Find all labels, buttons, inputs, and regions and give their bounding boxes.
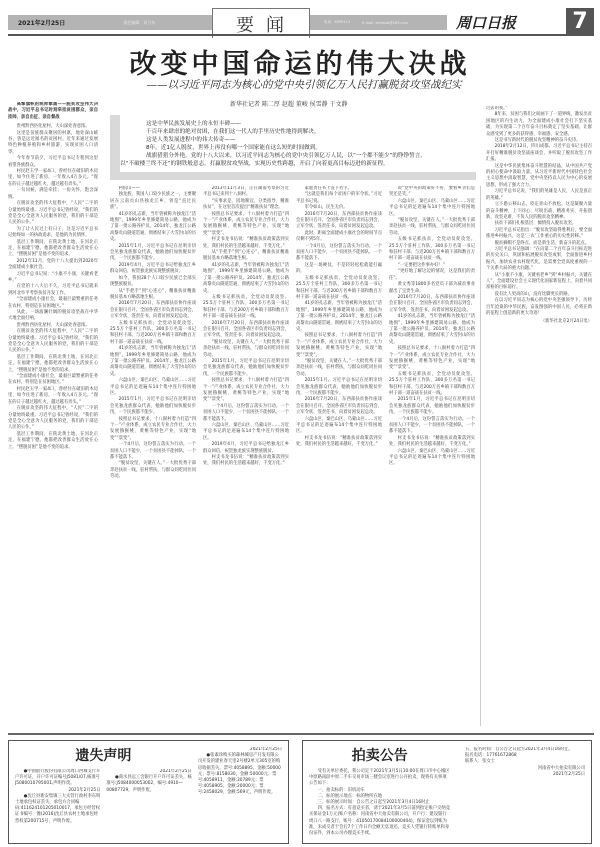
- paragraph: 2013年11月3日，正在湖南考察的习近平总书记来到十八洞村。: [203, 186, 289, 199]
- notice-title: 拍卖公告: [309, 747, 450, 765]
- paragraph: “脱贫攻坚，关键在人。”一大批优秀干部奔赴扶贫一线，驻村帮扶，与群众同吃同住同劳…: [389, 218, 475, 237]
- paragraph: “实事求是、因地制宜、分类指导、精准扶贫”，在这里首次提出“精准扶贫”理念。: [203, 199, 289, 212]
- paragraph: 在党的十八大后不久，习近平总书记就来到河北阜平考察扶贫开发工作。: [8, 284, 98, 297]
- auction-date: 2021年2月25日: [456, 772, 585, 778]
- notice-item: ●商水县远工会银行开户许可证丢失，核准号:J5084000053002，编号:4…: [106, 775, 191, 794]
- paragraph: 六盘山区、秦巴山区、乌蒙山区……习近平总书记的足迹遍布14个集中连片特困地区。: [389, 199, 475, 218]
- paragraph: 村民赵玉学一家4口，曾经住在破旧的木房里，如今住进了新房，一年收入4万多元。“现…: [8, 169, 98, 188]
- paragraph: 按照总书记要求，十八洞村着力打造“四个一”产业体系，成立农民专业合作社，大力发展…: [296, 333, 382, 359]
- paragraph: 2018年2月12日，四川成都。习近平总书记主持召开打好精准脱贫攻坚战座谈会，并…: [486, 144, 592, 163]
- paragraph: “脱贫攻坚，关键在人。”一大批优秀干部奔赴扶贫一线，驻村帮扶，与群众同吃同住同劳…: [296, 359, 382, 378]
- article-subheadline: ——以习近平同志为核心的党中央引领亿万人民打赢脱贫攻坚战纪实: [104, 77, 504, 92]
- middle-column-4: 说“党中央的政策好不好，要看乡亲们是哭还是笑。” 六盘山区、秦巴山区、乌蒙山区……: [389, 186, 475, 727]
- lost-statement-continued: [289, 740, 302, 844]
- paragraph: 一个4月后，这份誓言落实为行动。一个贫困人口不能少，一个贫困县不能掉队，一个都不…: [389, 417, 475, 436]
- notice-title: 遗失声明: [15, 747, 192, 765]
- paragraph: 村支书龙书伍说：“精准扶贫政策落到实处，我们村民的生活越来越好，千变万化。”: [203, 455, 289, 468]
- paragraph: 独龙族，我国人口较少民族之一，主要聚居在云南贡山县独龙江乡，曾是“直过民族”。: [110, 192, 196, 211]
- paragraph: 一个4月后，这份誓言落实为行动。一个贫困人口不能少，一个贫困县不能掉队，一个都不…: [296, 244, 382, 263]
- masthead: 2021年2月25日 责任编辑：刘卫东 要闻 电话：8399113 E-mail…: [0, 0, 600, 42]
- paragraph: “脱贫攻坚，关键在人。”一大批优秀干部奔赴扶贫一线，驻村帮扶，与群众同吃同住同劳…: [203, 340, 289, 359]
- paragraph: 此时，距离全面建成小康社会的时间节点仅剩不到5年。: [296, 231, 382, 244]
- masthead-left-bar: 2021年2月25日 责任编辑：刘卫东: [8, 15, 212, 30]
- contact-phone: 电话：8399113: [324, 20, 350, 25]
- paragraph: 这是中华民族集体奋斗智慧的结晶，从中国共产党的初心使命中汲取力量，从习近平新时代…: [486, 164, 592, 190]
- article-source: （新华社北京2月24日电）: [486, 319, 592, 325]
- lost-statement-notice: 遗失声明 ●中国银行股份有限公司周口西城支行开户许可证，开户许可证编号J5081…: [8, 740, 289, 844]
- paragraph: 从此，一场波澜壮阔的脱贫攻坚战在中华大地全面打响。: [8, 310, 98, 323]
- paragraph: 说“党中央的政策好不好，要看乡亲们是哭还是笑。”: [389, 186, 475, 199]
- article-byline: 新华社记者 陈二厚 赵超 董峻 侯雪静 于文静: [230, 99, 348, 108]
- paragraph: 如今，我国28个人口较少民族已全部实现整族脱贫。: [110, 276, 196, 289]
- left-column: 高擎旗帜的统帅擘画——脱贫攻坚伟大决战中，习近平总书记时刻牵挂贫困群众，亲自挂帅…: [8, 102, 98, 727]
- paragraph: “这就是我们每个贫困户的军令状。”习近平总书记说。: [296, 192, 382, 205]
- paragraph: 从“手把手”到“心连心”，精准扶贫精准脱贫基本方略落地生根。: [203, 250, 289, 263]
- paragraph: 一个4月后，这份誓言落实为行动。一个贫困人口不能少，一个贫困县不能掉队，一个都不…: [110, 442, 196, 461]
- notice-item: ●沈丘县新安集镇三大夫营行政村李东明土地承包权证丢失，承包方合同编码:41162…: [15, 794, 100, 825]
- newspaper-logo: 周口日报: [456, 12, 516, 33]
- contact-email: E-mail: zkrbxxb@163.com: [362, 21, 408, 25]
- paragraph: 41岁的孔志新，当年曾被称为独龙江“活地图”，1999年乡里修建简易公路，他成为…: [110, 212, 196, 244]
- paragraph: 村民赵玉学一家4口，曾经住在破旧的木房里，如今住进了新房，一年收入4万多元。“现…: [8, 387, 98, 406]
- paragraph: 六盘山区、秦巴山区、乌蒙山区……习近平总书记的足迹遍布14个集中连片特困地区。: [203, 423, 289, 442]
- paragraph: 8年来，贫困与我们之间画下了一道界线，激发出贫困地区的内生动力，为全面建成小康社…: [486, 112, 592, 138]
- paragraph: 2019年4月，习近平总书记给独龙江乡群众回信，祝贺独龙族实现整族脱贫。: [110, 263, 196, 276]
- paragraph: 基层工作期间，在陕北黄土地，在河北正定，在福建宁德，他都把改善群众生活放在心上，…: [8, 355, 98, 374]
- issue-date: 2021年2月25日: [18, 18, 65, 27]
- auction-paragraph: 四、报名方式：有意竞买者，请于2021年3月5日前到指定账户交纳竞买保证金1万元…: [309, 806, 450, 837]
- paragraph: 五级书记抓扶贫，全党动员促攻坚。25.5万个驻村工作队、300多万名第一书记和驻…: [296, 276, 382, 302]
- paragraph: 今年春节前夕，习近平总书记专程到这里看望各族群众。: [8, 156, 98, 169]
- paragraph: 2016年7月20日，东西部扶贫协作座谈会在银川召开。全国各省区市负责同志到会，…: [296, 212, 382, 231]
- paragraph: 六盘山区、秦巴山区、乌蒙山区……习近平总书记的足迹遍布14个集中连片特困地区。: [296, 417, 382, 436]
- auction-paragraph: 受有关单位委托，我公司定于2021年3月5日10:00在周口市中心城区中原路南段…: [309, 769, 450, 788]
- paragraph: 2015年1月，习近平总书记在昆明亲切会见独龙族群众代表，勉励他们加快脱贫步伐，…: [203, 359, 289, 378]
- paragraph: 在脱贫攻坚的伟大征程中，“人民”二字的分量始终最重。习近平总书记曾经说，“我们的…: [8, 329, 98, 355]
- paragraph: 41岁的孔志新，当年曾被称为独龙江“活地图”，1999年乡里修建简易公路，他成为…: [203, 263, 289, 295]
- paragraph: 习近平总书记说：“小康不小康，关键看老乡。”: [8, 272, 98, 285]
- lead-text: 这是中华民族发展史上的永恒丰碑—— 千百年来肆虐的绝对贫困，在我们这一代人的手里…: [120, 115, 476, 172]
- lead-line: 以“不破楼兰终不还”的钢铁般意志，打赢脱贫攻坚战，实现历史性跨越，开启了向着更高…: [120, 160, 470, 168]
- middle-column-1: 阿佤山—— 独龙族，我国人口较少民族之一，主要聚居在云南贡山县独龙江乡，曾是“直…: [110, 186, 196, 727]
- article-headline: 改变中国命运的伟大决战: [0, 42, 600, 81]
- paragraph: 村支书龙书伍说：“精准扶贫政策落到实处，我们村民的生活越来越好，千变万化。”: [203, 237, 289, 250]
- lead-line: 8年，近1亿人脱贫，世界上再没有哪一个国家能在这么短的时间做到。: [146, 144, 470, 152]
- paragraph: 基层工作期间，在陕北黄土地，在河北正定，在福建宁德，他都把改善群众生活放在心上，…: [8, 240, 98, 259]
- paragraph: 习近平总书记说，“我们的英雄是人民，人民是真正的英雄。”: [486, 189, 592, 202]
- paragraph: 2019年4月，习近平总书记给独龙江乡群众回信，祝贺独龙族实现整族脱贫。: [203, 442, 289, 455]
- masthead-right-bar: 电话：8399113 E-mail: zkrbxxb@163.com: [310, 15, 447, 30]
- paragraph: 贵州黔西县化屋村，大山深处春意浓。: [8, 124, 98, 130]
- paragraph: 41岁的孔志新，当年曾被称为独龙江“活地图”，1999年乡里修建简易公路，他成为…: [296, 301, 382, 333]
- paragraph: 按照总书记要求，十八洞村着力打造“四个一”产业体系，成立农民专业合作社，大力发展…: [203, 378, 289, 404]
- paragraph: 2015年1月，习近平总书记在昆明亲切会见独龙族群众代表，勉励他们加快脱贫步伐，…: [110, 244, 196, 263]
- lead-line: 战旗猎猎分外艳。党的十八大以来，以习近平同志为核心的党中央引领亿万人民，以“一个…: [146, 152, 470, 160]
- paragraph: 六盘山区、秦巴山区、乌蒙山区……习近平总书记的足迹遍布14个集中连片特困地区。: [389, 449, 475, 468]
- auction-notice: 拍卖公告 受有关单位委托，我公司定于2021年3月5日10:00在周口市中心城区…: [302, 740, 592, 844]
- paragraph: 习近平总书记强调：“在向第二个百年奋斗目标迈进的历史关口，巩固和拓展脱贫攻坚成果…: [486, 247, 592, 273]
- lead-line: 这是中华民族发展史上的永恒丰碑——: [146, 120, 470, 128]
- paragraph: 2016年7月20日，东西部扶贫协作座谈会在银川召开。全国各省区市负责同志到会，…: [389, 295, 475, 314]
- paragraph: “脱贫攻坚，关键在人。”一大批优秀干部奔赴扶贫一线，驻村帮扶，与群众同吃同住同劳…: [110, 461, 196, 480]
- paragraph: 从“小康不小康，关键看老乡”到“乡村振兴，关键在人”，全面建设社会主义现代化国家…: [486, 273, 592, 292]
- paragraph: 五级书记抓扶贫，全党动员促攻坚。25.5万个驻村工作队、300多万名第一书记和驻…: [110, 321, 196, 347]
- paragraph: 五级书记抓扶贫，全党动员促攻坚。25.5万个驻村工作队、300多万名第一书记和驻…: [389, 372, 475, 398]
- notice-item: ●张素珍购买的森林城房产开发有限公司开发的建业春天里2号楼2单元305室的购房收…: [198, 753, 282, 796]
- notice-item: ●中国银行股份有限公司周口西城支行开户许可证，开户许可证编号J5081/07,核…: [15, 769, 100, 788]
- column-divider: [480, 186, 481, 726]
- paragraph: 在脱贫攻坚的伟大征程中，“人民”二字的分量始终最重。习近平总书记曾经说，“我们的…: [8, 201, 98, 227]
- middle-column-3: 家庭责任书上签下名字。 “这就是我们每个贫困户的军令状。”习近平总书记说。 军令…: [296, 186, 382, 727]
- paragraph: 按照总书记要求，十八洞村着力打造“四个一”产业体系，成立农民专业合作社，大力发展…: [389, 346, 475, 372]
- paragraph: 五级书记抓扶贫，全党动员促攻坚。25.5万个驻村工作队、300多万名第一书记和驻…: [389, 237, 475, 263]
- paragraph: 2016年7月20日，东西部扶贫协作座谈会在银川召开。全国各省区市负责同志到会，…: [203, 321, 289, 340]
- paragraph: “全面建成小康社会，最艰巨最繁重的任务在农村，特别是在贫困地区。”: [8, 374, 98, 387]
- paragraph: 41岁的孔志新，当年曾被称为独龙江“活地图”，1999年乡里修建简易公路，他成为…: [110, 346, 196, 378]
- lead-line: 千百年来肆虐的绝对贫困，在我们这一代人的手里历史性地得到解决。: [146, 128, 470, 136]
- paragraph: 六盘山区、秦巴山区、乌蒙山区……习近平总书记的足迹遍布14个集中连片特困地区。: [110, 378, 196, 397]
- paragraph: 黄文秀等1800多名党员干部为减贫事业献出了宝贵生命。: [389, 282, 475, 295]
- middle-column-2: 2013年11月3日，正在湖南考察的习近平总书记来到十八洞村。 “实事求是、因地…: [203, 186, 289, 727]
- responsible-editor: 责任编辑：刘卫东: [123, 20, 155, 26]
- paragraph: 在以习近平同志为核心的党中央坚强领导下，历经百年沧桑的中华民族，奋发图强的中国人…: [486, 298, 592, 317]
- ads-divider-rule: [8, 733, 594, 735]
- paragraph: 2015年1月，习近平总书记在昆明亲切会见独龙族群众代表，勉励他们加快脱贫步伐，…: [389, 397, 475, 416]
- lead-line: 这是人类发展进程中的伟大传奇——: [146, 136, 470, 144]
- paragraph: 2012年11月，党的十八大提出到2020年全面建成小康社会。: [8, 259, 98, 272]
- paragraph: “全面建成小康社会，最艰巨最繁重的任务在农村，特别是在贫困地区。”: [8, 297, 98, 310]
- paragraph: 五级书记抓扶贫，全党动员促攻坚。25.5万个驻村工作队、300多万名第一书记和驻…: [203, 295, 289, 321]
- paragraph: 立下愚公移山志，咬定青山不放松。这是凝聚力量的奋斗精神，上下同心、尽锐出战、精准…: [486, 202, 592, 221]
- paragraph: 按照总书记要求，十八洞村着力打造“四个一”产业体系，成立农民专业合作社，大力发展…: [203, 212, 289, 238]
- paragraph: 一个4月后，这份誓言落实为行动。一个贫困人口不能少，一个贫困县不能掉队，一个都不…: [203, 404, 289, 423]
- paragraph: 按照总书记要求，十八洞村着力打造“四个一”产业体系，成立农民专业合作社，大力发展…: [110, 417, 196, 443]
- paragraph: 脱贫摘帽不是终点，而是新生活、新奋斗的起点。: [486, 241, 592, 247]
- paragraph: 为了让人民过上好日子，这是习近平总书记始终如一的执政追求，是他的为民情怀。: [8, 227, 98, 240]
- paragraph: 一句问候，满是牵挂；一份关怀，饱含深情。: [8, 188, 98, 201]
- paragraph: 2015年1月，习近平总书记在昆明亲切会见独龙族群众代表，勉励他们加快脱贫步伐，…: [296, 378, 382, 397]
- paragraph: 2016年7月20日，东西部扶贫协作座谈会在银川召开。全国各省区市负责同志到会，…: [296, 397, 382, 416]
- section-intro: 高擎旗帜的统帅擘画——脱贫攻坚伟大决战中，习近平总书记时刻牵挂贫困群众，亲自挂帅…: [8, 102, 98, 121]
- paragraph: 从“手把手”到“心连心”，精准扶贫精准脱贫基本方略落地生根。: [110, 289, 196, 302]
- paragraph: 41岁的孔志新，当年曾被称为独龙江“活地图”，1999年乡里修建简易公路，他成为…: [389, 314, 475, 346]
- masthead-rule: [8, 34, 594, 36]
- paragraph: 2015年1月，习近平总书记在昆明亲切会见独龙族群众代表，勉励他们加快脱贫步伐，…: [110, 397, 196, 416]
- paragraph: 基层工作期间，在陕北黄土地，在河北正定，在福建宁德，他都把改善群众生活放在心上，…: [8, 432, 98, 451]
- paragraph: 这是一场硬仗，不是轻轻松松就能打赢的。: [296, 263, 382, 276]
- paragraph: 村支书龙书伍说：“精准扶贫政策落到实处，我们村民的生活越来越好，千变万化。”: [389, 436, 475, 449]
- paragraph: 习近平总书记指出：“脱贫攻坚取得胜利后，要全面推进乡村振兴，这是‘三农’工作重心…: [486, 228, 592, 241]
- paragraph: 2016年7月20日，东西部扶贫协作座谈会在银川召开。全国各省区市负责同志到会，…: [110, 301, 196, 320]
- paragraph: 在脱贫攻坚的伟大征程中，“人民”二字的分量始终最重。习近平总书记曾经说，“我们的…: [8, 406, 98, 432]
- lead-box: 这是中华民族发展史上的永恒丰碑—— 千百年来肆虐的绝对贫困，在我们这一代人的手里…: [110, 115, 476, 180]
- paragraph: “更好地了解这边的情况，这是我们的责任”。: [389, 269, 475, 282]
- paragraph: 这里是苗族群众聚居的村寨，地处深山峡谷，曾是远近闻名的贫困村。近年来通过发展特色…: [8, 131, 98, 157]
- paragraph: 扶贫干部们扎根基层，倾情投入脱贫攻坚。: [486, 221, 592, 227]
- paragraph: 村支书龙书伍说：“精准扶贫政策落到实处，我们村民的生活越来越好，千变万化。”: [296, 436, 382, 449]
- page-number: 7: [566, 8, 594, 35]
- right-column: 过去的我。” 8年来，贫困与我们之间画下了一道界线，激发出贫困地区的内生动力，为…: [486, 106, 592, 727]
